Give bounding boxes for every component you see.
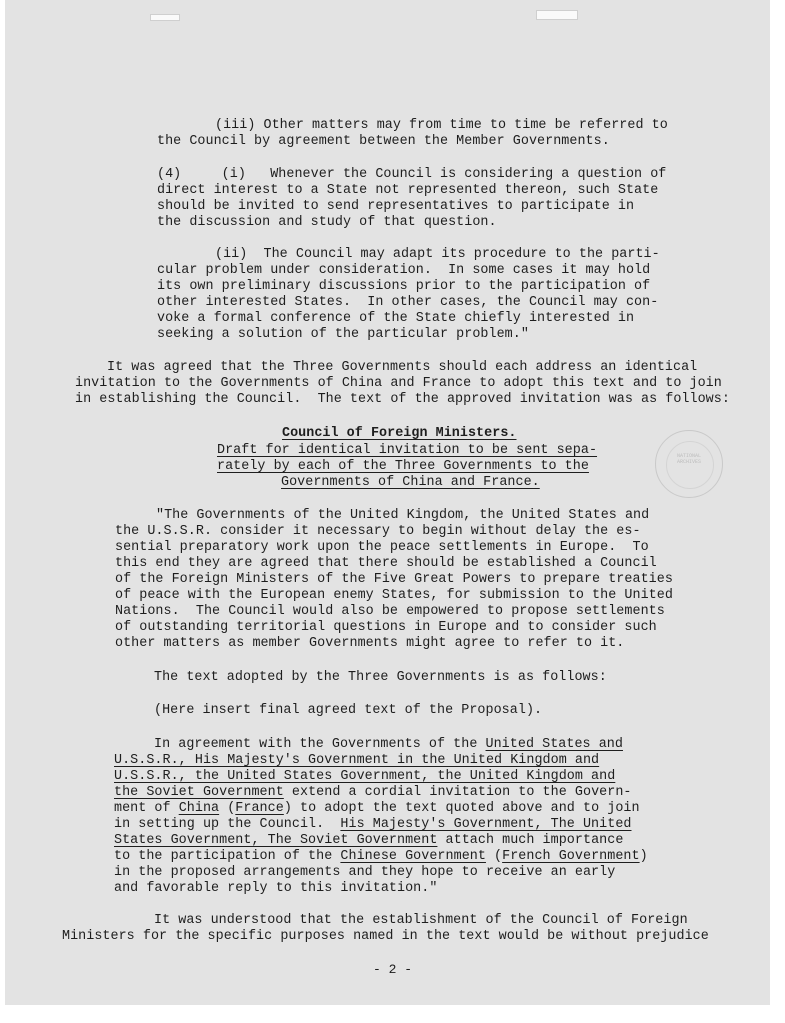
agreement-text: In agreement with the Governments of the: [154, 737, 486, 752]
agreed-paragraph-line-2: invitation to the Governments of China a…: [75, 376, 722, 392]
agreement-line-1: In agreement with the Governments of the…: [154, 737, 623, 753]
understood-line-2: Ministers for the specific purposes name…: [62, 929, 709, 945]
agreement-text: to the participation of the: [114, 849, 340, 864]
archival-stamp-inner-ring: [666, 441, 714, 489]
agreement-line-9: in the proposed arrangements and they ho…: [114, 865, 615, 881]
underlined-france: France: [235, 801, 284, 816]
section-4-i-line-4: the discussion and study of that questio…: [157, 215, 497, 231]
section-iii-line-2: the Council by agreement between the Mem…: [157, 134, 610, 150]
underlined-soviet-government: the Soviet Government: [114, 785, 284, 800]
paper-clip-mark-right: [536, 10, 578, 20]
agreement-line-8: to the participation of the Chinese Gove…: [114, 849, 648, 865]
underlined-states-soviet-government: States Government, The Soviet Government: [114, 833, 437, 848]
agreement-text: in setting up the Council.: [114, 817, 340, 832]
invitation-line-1: "The Governments of the United Kingdom, …: [156, 508, 649, 524]
agreement-text: extend a cordial invitation to the Gover…: [284, 785, 632, 800]
invitation-line-8: of outstanding territorial questions in …: [115, 620, 657, 636]
agreement-line-6: in setting up the Council. His Majesty's…: [114, 817, 632, 833]
section-4-i-line-2: direct interest to a State not represent…: [157, 183, 658, 199]
underlined-china: China: [179, 801, 219, 816]
agreement-line-2: U.S.S.R., His Majesty's Government in th…: [114, 753, 599, 769]
underlined-united-states: United States and: [486, 737, 623, 752]
agreement-line-3: U.S.S.R., the United States Government, …: [114, 769, 615, 785]
draft-heading-line-3: Governments of China and France.: [281, 475, 540, 491]
section-4-ii-line-1: (ii) The Council may adapt its procedure…: [215, 247, 660, 263]
section-4-i-line-1: (4) (i) Whenever the Council is consider…: [157, 167, 666, 183]
section-4-i-line-3: should be invited to send representative…: [157, 199, 634, 215]
section-4-ii-line-6: seeking a solution of the particular pro…: [157, 327, 529, 343]
underlined-french-government: French Government: [502, 849, 639, 864]
archival-stamp-text: NATIONAL ARCHIVES: [664, 453, 714, 465]
page-number: - 2 -: [373, 962, 412, 977]
invitation-line-3: sential preparatory work upon the peace …: [115, 540, 649, 556]
draft-heading-title: Council of Foreign Ministers.: [282, 426, 517, 442]
agreement-line-10: and favorable reply to this invitation.": [114, 881, 437, 897]
section-4-ii-line-4: other interested States. In other cases,…: [157, 295, 658, 311]
agreement-text: (: [219, 801, 235, 816]
underlined-chinese-government: Chinese Government: [340, 849, 486, 864]
paper-clip-mark-left: [150, 14, 180, 21]
invitation-line-9: other matters as member Governments migh…: [115, 636, 624, 652]
invitation-line-7: Nations. The Council would also be empow…: [115, 604, 665, 620]
invitation-line-5: of the Foreign Ministers of the Five Gre…: [115, 572, 673, 588]
invitation-line-4: this end they are agreed that there shou…: [115, 556, 657, 572]
section-4-ii-line-2: cular problem under consideration. In so…: [157, 263, 650, 279]
agreement-line-4: the Soviet Government extend a cordial i…: [114, 785, 632, 801]
insert-note-line: (Here insert final agreed text of the Pr…: [154, 703, 542, 719]
agreement-text: ) to adopt the text quoted above and to …: [284, 801, 640, 816]
agreement-text: ment of: [114, 801, 179, 816]
agreement-text: attach much importance: [437, 833, 623, 848]
understood-line-1: It was understood that the establishment…: [154, 913, 688, 929]
section-iii-line-1: (iii) Other matters may from time to tim…: [215, 118, 668, 134]
agreement-line-5: ment of China (France) to adopt the text…: [114, 801, 640, 817]
invitation-line-6: of peace with the European enemy States,…: [115, 588, 673, 604]
agreed-paragraph-line-3: in establishing the Council. The text of…: [75, 392, 730, 408]
underlined-his-majestys-government: His Majesty's Government, The United: [340, 817, 631, 832]
section-4-ii-line-3: its own preliminary discussions prior to…: [157, 279, 650, 295]
agreed-paragraph-line-1: It was agreed that the Three Governments…: [107, 360, 697, 376]
section-4-ii-line-5: voke a formal conference of the State ch…: [157, 311, 634, 327]
invitation-line-2: the U.S.S.R. consider it necessary to be…: [115, 524, 641, 540]
draft-heading-line-2: rately by each of the Three Governments …: [217, 459, 589, 475]
agreement-line-7: States Government, The Soviet Government…: [114, 833, 623, 849]
text-adopted-line: The text adopted by the Three Government…: [154, 670, 607, 686]
agreement-text: ): [640, 849, 648, 864]
draft-heading-line-1: Draft for identical invitation to be sen…: [217, 443, 597, 459]
archival-stamp: NATIONAL ARCHIVES: [655, 430, 723, 498]
agreement-text: (: [486, 849, 502, 864]
